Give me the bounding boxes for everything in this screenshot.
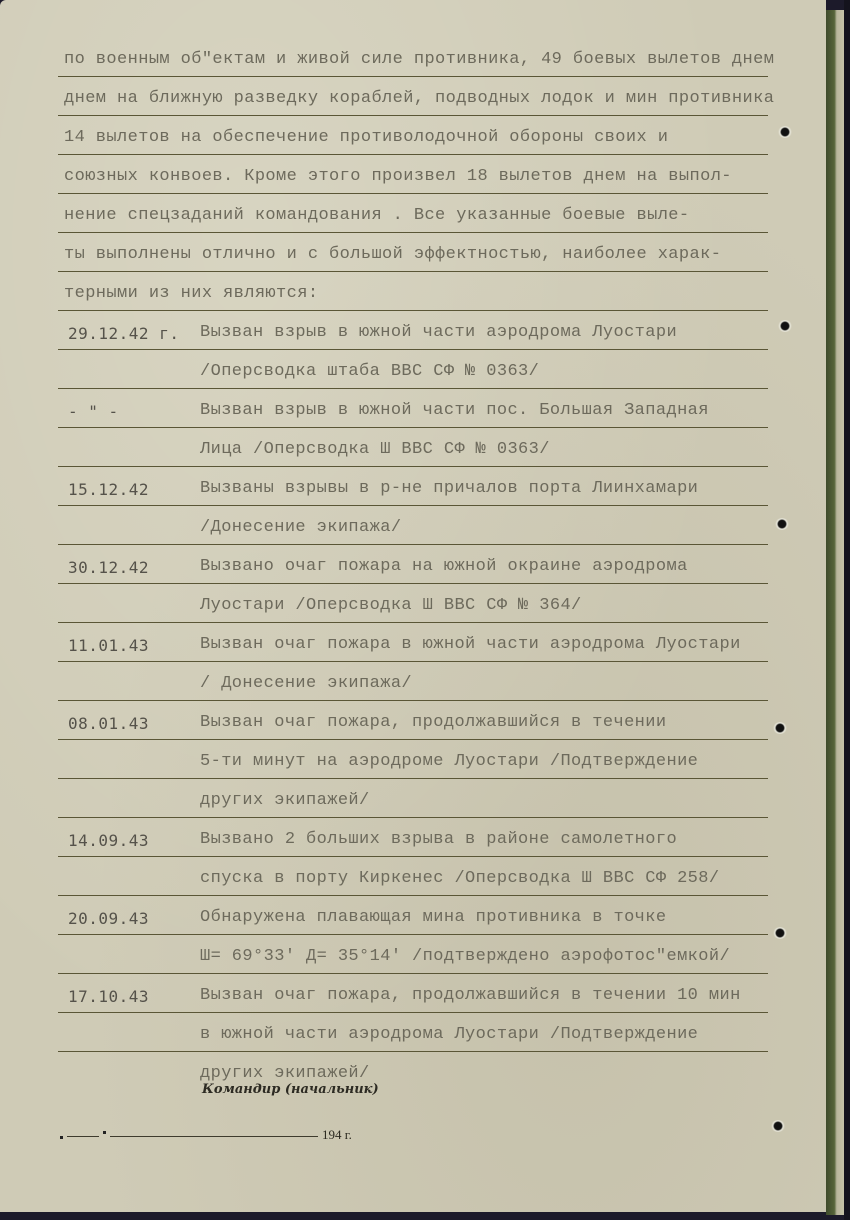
paragraph-line: ты выполнены отлично и с большой эффектн… bbox=[64, 245, 721, 264]
footer-month-blank bbox=[110, 1136, 318, 1137]
entry-date: 29.12.42 г. bbox=[68, 324, 179, 343]
punch-hole bbox=[778, 126, 792, 138]
entry-line: Вызваны взрывы в р-не причалов порта Лии… bbox=[200, 479, 698, 498]
paragraph-line: терными из них являются: bbox=[64, 284, 318, 303]
ruled-line bbox=[58, 193, 768, 194]
ruled-line bbox=[58, 661, 768, 662]
ruled-line bbox=[58, 544, 768, 545]
ruled-line bbox=[58, 1012, 768, 1013]
entry-date: 14.09.43 bbox=[68, 831, 149, 850]
ruled-line bbox=[58, 349, 768, 350]
ruled-line bbox=[58, 505, 768, 506]
ruled-line bbox=[58, 739, 768, 740]
punch-hole bbox=[773, 927, 787, 939]
entry-line: / Донесение экипажа/ bbox=[200, 674, 412, 693]
entry-line: Вызван очаг пожара в южной части аэродро… bbox=[200, 635, 741, 654]
paragraph-line: по военным об"ектам и живой силе противн… bbox=[64, 50, 774, 69]
entry-line: других экипажей/ bbox=[200, 1064, 370, 1083]
punch-hole bbox=[771, 1120, 785, 1132]
entry-line: спуска в порту Киркенес /Оперсводка Ш ВВ… bbox=[200, 869, 719, 888]
footer-dot bbox=[103, 1131, 106, 1134]
entry-line: Лица /Оперсводка Ш ВВС СФ № 0363/ bbox=[200, 440, 550, 459]
entry-line: Луостари /Оперсводка Ш ВВС СФ № 364/ bbox=[200, 596, 582, 615]
entry-line: /Оперсводка штаба ВВС СФ № 0363/ bbox=[200, 362, 539, 381]
paragraph-line: нение спецзаданий командования . Все ука… bbox=[64, 206, 690, 225]
ruled-line bbox=[58, 895, 768, 896]
entry-date: 20.09.43 bbox=[68, 909, 149, 928]
ruled-line bbox=[58, 310, 768, 311]
entry-line: Вызван очаг пожара, продолжавшийся в теч… bbox=[200, 986, 741, 1005]
ruled-line bbox=[58, 466, 768, 467]
footer-day-blank bbox=[67, 1136, 99, 1137]
entry-line: Вызван очаг пожара, продолжавшийся в теч… bbox=[200, 713, 666, 732]
ruled-line bbox=[58, 232, 768, 233]
entry-line: /Донесение экипажа/ bbox=[200, 518, 401, 537]
paragraph-line: днем на ближную разведку кораблей, подво… bbox=[64, 89, 774, 108]
document-page: по военным об"ектам и живой силе противн… bbox=[0, 0, 826, 1212]
ruled-line bbox=[58, 700, 768, 701]
footer-dot bbox=[60, 1136, 63, 1139]
entry-date: - " - bbox=[68, 402, 119, 421]
ruled-line bbox=[58, 115, 768, 116]
entry-line: других экипажей/ bbox=[200, 791, 370, 810]
entry-line: Обнаружена плавающая мина противника в т… bbox=[200, 908, 666, 927]
ruled-line bbox=[58, 934, 768, 935]
entry-date: 11.01.43 bbox=[68, 636, 149, 655]
footer-year: 194 г. bbox=[322, 1127, 352, 1143]
entry-line: Ш= 69°33' Д= 35°14' /подтверждено аэрофо… bbox=[200, 947, 730, 966]
entry-line: 5-ти минут на аэродроме Луостари /Подтве… bbox=[200, 752, 698, 771]
entry-line: в южной части аэродрома Луостари /Подтве… bbox=[200, 1025, 698, 1044]
ruled-line bbox=[58, 973, 768, 974]
ruled-line bbox=[58, 583, 768, 584]
ruled-line bbox=[58, 778, 768, 779]
ruled-line bbox=[58, 622, 768, 623]
entry-date: 30.12.42 bbox=[68, 558, 149, 577]
paragraph-line: союзных конвоев. Кроме этого произвел 18… bbox=[64, 167, 732, 186]
entry-line: Вызвано 2 больших взрыва в районе самоле… bbox=[200, 830, 677, 849]
punch-hole bbox=[773, 722, 787, 734]
ruled-line bbox=[58, 388, 768, 389]
punch-hole bbox=[775, 518, 789, 530]
ruled-line bbox=[58, 1051, 768, 1052]
entry-date: 17.10.43 bbox=[68, 987, 149, 1006]
ruled-line bbox=[58, 427, 768, 428]
entry-line: Вызвано очаг пожара на южной окраине аэр… bbox=[200, 557, 688, 576]
background-edge bbox=[844, 0, 850, 1220]
ruled-line bbox=[58, 817, 768, 818]
entry-line: Вызван взрыв в южной части пос. Большая … bbox=[200, 401, 709, 420]
entry-date: 15.12.42 bbox=[68, 480, 149, 499]
punch-hole bbox=[778, 320, 792, 332]
ruled-line bbox=[58, 154, 768, 155]
paragraph-line: 14 вылетов на обеспечение противолодочно… bbox=[64, 128, 668, 147]
ruled-line bbox=[58, 76, 768, 77]
signature-label: Командир (начальник) bbox=[202, 1082, 379, 1097]
entry-date: 08.01.43 bbox=[68, 714, 149, 733]
entry-line: Вызван взрыв в южной части аэродрома Луо… bbox=[200, 323, 677, 342]
ruled-line bbox=[58, 856, 768, 857]
ruled-line bbox=[58, 271, 768, 272]
